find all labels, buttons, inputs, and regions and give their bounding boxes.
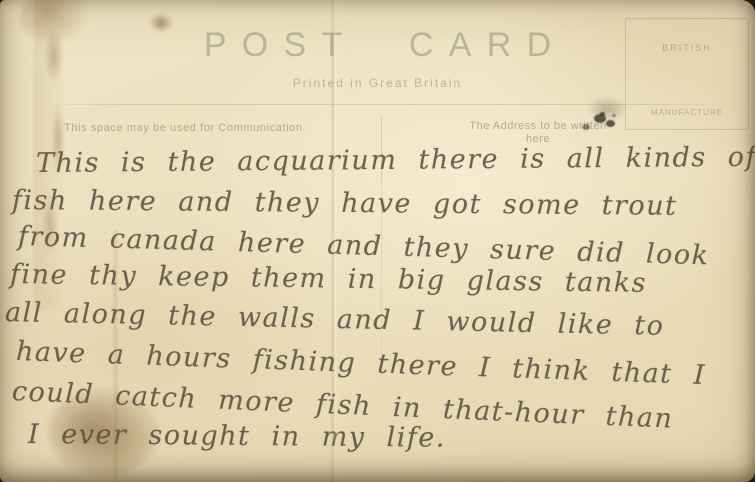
stamp-box-bottom-label: MANUFACTURE — [626, 108, 748, 117]
vertical-crease — [330, 0, 338, 482]
message-line-1: This is the acquarium there is all kinds… — [36, 143, 755, 179]
message-line-8: I ever sought in my life. — [28, 420, 446, 454]
postcard-photo: { "postcard": { "title": "POST CARD", "s… — [0, 0, 755, 482]
communication-space-label: This space may be used for Communication — [64, 122, 303, 134]
message-line-4: fine thy keep them in big glass tanks — [10, 260, 647, 299]
lower-vertical-crease — [112, 230, 119, 482]
message-line-2: fish here and they have got some trout — [12, 186, 678, 222]
stamp-box: BRITISH MANUFACTURE — [625, 18, 749, 130]
stamp-box-top-label: BRITISH — [626, 43, 748, 53]
torn-left-edge — [34, 0, 74, 310]
ink-blot — [572, 112, 620, 142]
postcard-back: POST CARD Printed in Great Britain BRITI… — [0, 0, 755, 482]
